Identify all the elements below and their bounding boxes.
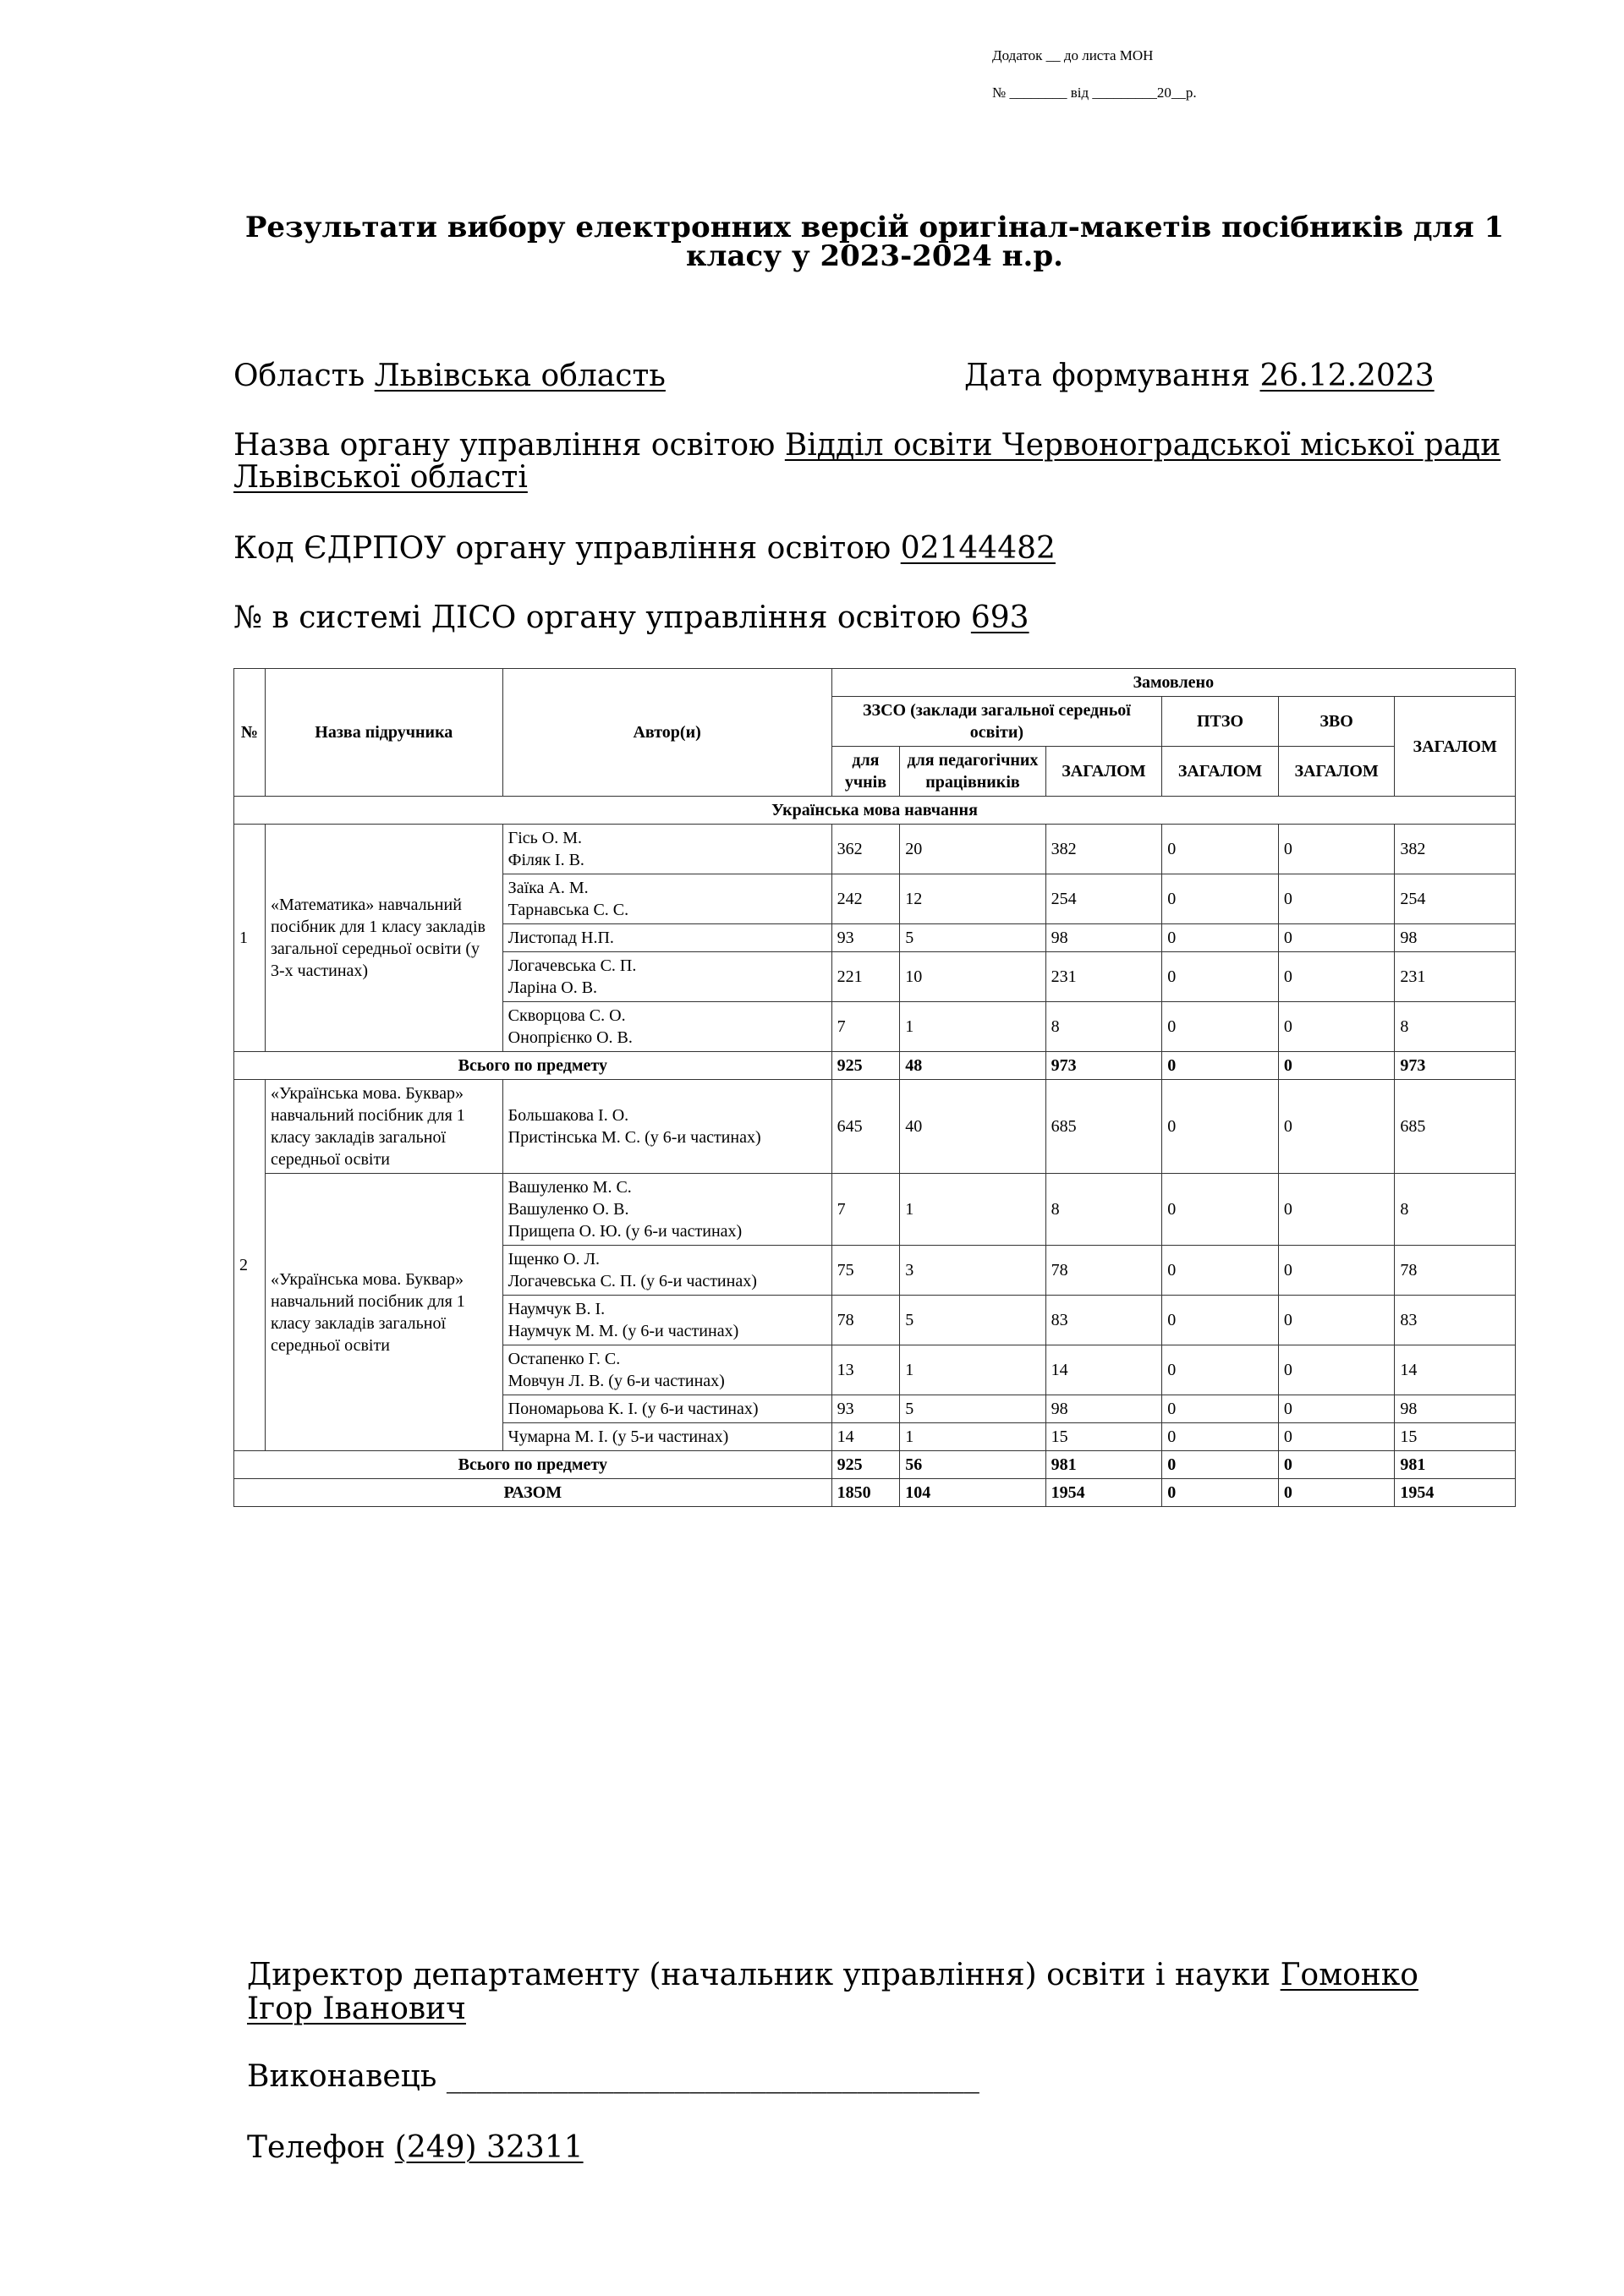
col-header-ptzo: ПТЗО <box>1162 697 1279 747</box>
diso-value: 693 <box>971 600 1029 635</box>
authors-cell: Листопад Н.П. <box>502 924 831 952</box>
results-table: № Назва підручника Автор(и) Замовлено ЗЗ… <box>233 668 1516 1507</box>
value-teachers: 1 <box>900 1345 1045 1395</box>
subject-number: 2 <box>234 1080 266 1451</box>
value-ptzo: 0 <box>1162 924 1279 952</box>
subtotal-zzso-total: 973 <box>1045 1052 1162 1080</box>
language-section-label: Українська мова навчання <box>234 797 1516 825</box>
value-ptzo: 0 <box>1162 1296 1279 1345</box>
executor-line: Виконавець _____________________________… <box>247 2060 979 2094</box>
director-label: Директор департаменту (начальник управлі… <box>247 1958 1270 1992</box>
value-zzso-total: 98 <box>1045 1395 1162 1423</box>
value-teachers: 40 <box>900 1080 1045 1174</box>
value-total: 231 <box>1395 952 1516 1002</box>
phone-value: (249) 32311 <box>395 2130 584 2165</box>
value-students: 93 <box>831 1395 900 1423</box>
value-total: 98 <box>1395 924 1516 952</box>
org-line: Назва органу управління освітою Відділ о… <box>233 430 1519 494</box>
authors-cell: Остапенко Г. С.Мовчун Л. В. (у 6-и части… <box>502 1345 831 1395</box>
value-total: 382 <box>1395 825 1516 874</box>
col-header-zzso: ЗЗСО (заклади загальної середньої освіти… <box>831 697 1162 747</box>
value-students: 221 <box>831 952 900 1002</box>
value-zzso-total: 15 <box>1045 1423 1162 1451</box>
col-header-for-students: для учнів <box>831 747 900 797</box>
col-header-for-teachers: для педагогічних працівників <box>900 747 1045 797</box>
grand-total-zzso-total: 1954 <box>1045 1479 1162 1507</box>
col-header-ordered: Замовлено <box>831 669 1515 697</box>
value-zvo: 0 <box>1278 1296 1395 1345</box>
diso-label: № в системі ДІСО органу управління освіт… <box>233 600 961 635</box>
oblast-value: Львівська область <box>375 359 666 393</box>
col-header-zvo: ЗВО <box>1278 697 1395 747</box>
value-total: 8 <box>1395 1174 1516 1246</box>
value-teachers: 5 <box>900 1395 1045 1423</box>
subtotal-teachers: 56 <box>900 1451 1045 1479</box>
subtotal-zvo: 0 <box>1278 1052 1395 1080</box>
value-total: 98 <box>1395 1395 1516 1423</box>
value-zvo: 0 <box>1278 1174 1395 1246</box>
col-header-authors: Автор(и) <box>502 669 831 797</box>
value-teachers: 10 <box>900 952 1045 1002</box>
appendix-line-1: Додаток __ до листа МОН <box>992 37 1197 74</box>
document-title: Результати вибору електронних версій ори… <box>233 213 1516 271</box>
subtotal-zzso-total: 981 <box>1045 1451 1162 1479</box>
value-students: 362 <box>831 825 900 874</box>
executor-blank: ___________________________________ <box>447 2059 979 2094</box>
executor-label: Виконавець <box>247 2059 436 2094</box>
authors-cell: Гісь О. М.Філяк І. В. <box>502 825 831 874</box>
value-total: 8 <box>1395 1002 1516 1052</box>
subtotal-students: 925 <box>831 1052 900 1080</box>
value-students: 13 <box>831 1345 900 1395</box>
value-total: 685 <box>1395 1080 1516 1174</box>
value-students: 242 <box>831 874 900 924</box>
value-zzso-total: 78 <box>1045 1246 1162 1296</box>
language-section-row: Українська мова навчання <box>234 797 1516 825</box>
value-zzso-total: 685 <box>1045 1080 1162 1174</box>
value-ptzo: 0 <box>1162 874 1279 924</box>
subtotal-label: Всього по предмету <box>234 1451 832 1479</box>
value-ptzo: 0 <box>1162 1080 1279 1174</box>
value-ptzo: 0 <box>1162 1002 1279 1052</box>
phone-line: Телефон (249) 32311 <box>247 2131 584 2165</box>
value-teachers: 1 <box>900 1174 1045 1246</box>
value-students: 14 <box>831 1423 900 1451</box>
table-row: 1«Математика» навчальний посібник для 1 … <box>234 825 1516 874</box>
edrpou-value: 02144482 <box>901 531 1056 566</box>
value-ptzo: 0 <box>1162 1345 1279 1395</box>
value-teachers: 20 <box>900 825 1045 874</box>
value-teachers: 5 <box>900 924 1045 952</box>
authors-cell: Скворцова С. О.Онопрієнко О. В. <box>502 1002 831 1052</box>
authors-cell: Логачевська С. П.Ларіна О. В. <box>502 952 831 1002</box>
value-students: 93 <box>831 924 900 952</box>
edrpou-line: Код ЄДРПОУ органу управління освітою 021… <box>233 533 1056 565</box>
value-total: 83 <box>1395 1296 1516 1345</box>
authors-cell: Іщенко О. Л.Логачевська С. П. (у 6-и час… <box>502 1246 831 1296</box>
value-zvo: 0 <box>1278 952 1395 1002</box>
grand-total-zvo: 0 <box>1278 1479 1395 1507</box>
col-header-ptzo-total: ЗАГАЛОМ <box>1162 747 1279 797</box>
subtotal-total: 981 <box>1395 1451 1516 1479</box>
edrpou-label: Код ЄДРПОУ органу управління освітою <box>233 531 891 566</box>
authors-cell: Пономарьова К. І. (у 6-и частинах) <box>502 1395 831 1423</box>
director-line: Директор департаменту (начальник управлі… <box>247 1959 1431 2026</box>
subject-number: 1 <box>234 825 266 1052</box>
value-zzso-total: 231 <box>1045 952 1162 1002</box>
date-value: 26.12.2023 <box>1260 359 1435 393</box>
subtotal-row: Всього по предмету9254897300973 <box>234 1052 1516 1080</box>
col-header-zzso-total: ЗАГАЛОМ <box>1045 747 1162 797</box>
value-zvo: 0 <box>1278 825 1395 874</box>
value-teachers: 3 <box>900 1246 1045 1296</box>
value-zvo: 0 <box>1278 1246 1395 1296</box>
grand-total-label: РАЗОМ <box>234 1479 832 1507</box>
table-body: Українська мова навчання 1«Математика» н… <box>234 797 1516 1507</box>
value-teachers: 1 <box>900 1423 1045 1451</box>
authors-cell: Вашуленко М. С.Вашуленко О. В.Прищепа О.… <box>502 1174 831 1246</box>
subtotal-ptzo: 0 <box>1162 1451 1279 1479</box>
value-ptzo: 0 <box>1162 1174 1279 1246</box>
date-label: Дата формування <box>964 359 1250 393</box>
grand-total-teachers: 104 <box>900 1479 1045 1507</box>
value-total: 78 <box>1395 1246 1516 1296</box>
value-total: 254 <box>1395 874 1516 924</box>
value-ptzo: 0 <box>1162 1246 1279 1296</box>
authors-cell: Наумчук В. І.Наумчук М. М. (у 6-и частин… <box>502 1296 831 1345</box>
oblast-label: Область <box>233 359 365 393</box>
value-teachers: 5 <box>900 1296 1045 1345</box>
phone-label: Телефон <box>247 2130 385 2165</box>
subtotal-total: 973 <box>1395 1052 1516 1080</box>
value-ptzo: 0 <box>1162 952 1279 1002</box>
subtotal-ptzo: 0 <box>1162 1052 1279 1080</box>
value-ptzo: 0 <box>1162 1423 1279 1451</box>
col-header-total: ЗАГАЛОМ <box>1395 697 1516 797</box>
col-header-zvo-total: ЗАГАЛОМ <box>1278 747 1395 797</box>
authors-cell: Большакова І. О.Пристінська М. С. (у 6-и… <box>502 1080 831 1174</box>
value-zvo: 0 <box>1278 924 1395 952</box>
value-students: 75 <box>831 1246 900 1296</box>
value-zvo: 0 <box>1278 874 1395 924</box>
grand-total-students: 1850 <box>831 1479 900 1507</box>
col-header-name: Назва підручника <box>265 669 502 797</box>
table-row: «Українська мова. Буквар» навчальний пос… <box>234 1174 1516 1246</box>
value-total: 14 <box>1395 1345 1516 1395</box>
textbook-name: «Українська мова. Буквар» навчальний пос… <box>265 1174 502 1451</box>
value-zzso-total: 83 <box>1045 1296 1162 1345</box>
subtotal-row: Всього по предмету9255698100981 <box>234 1451 1516 1479</box>
value-zzso-total: 98 <box>1045 924 1162 952</box>
value-ptzo: 0 <box>1162 825 1279 874</box>
subtotal-students: 925 <box>831 1451 900 1479</box>
appendix-note: Додаток __ до листа МОН № ________ від _… <box>992 37 1197 112</box>
value-ptzo: 0 <box>1162 1395 1279 1423</box>
value-zvo: 0 <box>1278 1345 1395 1395</box>
grand-total-total: 1954 <box>1395 1479 1516 1507</box>
value-zzso-total: 8 <box>1045 1002 1162 1052</box>
oblast-line: Область Львівська область <box>233 360 666 392</box>
table-row: 2«Українська мова. Буквар» навчальний по… <box>234 1080 1516 1174</box>
value-zvo: 0 <box>1278 1395 1395 1423</box>
date-line: Дата формування 26.12.2023 <box>964 360 1435 392</box>
diso-line: № в системі ДІСО органу управління освіт… <box>233 602 1029 634</box>
value-zvo: 0 <box>1278 1002 1395 1052</box>
value-zzso-total: 254 <box>1045 874 1162 924</box>
value-zzso-total: 382 <box>1045 825 1162 874</box>
value-zzso-total: 14 <box>1045 1345 1162 1395</box>
subtotal-teachers: 48 <box>900 1052 1045 1080</box>
appendix-line-2: № ________ від _________20__р. <box>992 74 1197 112</box>
value-zvo: 0 <box>1278 1423 1395 1451</box>
value-students: 7 <box>831 1002 900 1052</box>
value-zzso-total: 8 <box>1045 1174 1162 1246</box>
grand-total-ptzo: 0 <box>1162 1479 1279 1507</box>
value-zvo: 0 <box>1278 1080 1395 1174</box>
value-students: 7 <box>831 1174 900 1246</box>
subtotal-zvo: 0 <box>1278 1451 1395 1479</box>
subtotal-label: Всього по предмету <box>234 1052 832 1080</box>
authors-cell: Чумарна М. І. (у 5-и частинах) <box>502 1423 831 1451</box>
value-teachers: 12 <box>900 874 1045 924</box>
value-teachers: 1 <box>900 1002 1045 1052</box>
col-header-no: № <box>234 669 266 797</box>
grand-total-row: РАЗОМ18501041954001954 <box>234 1479 1516 1507</box>
value-total: 15 <box>1395 1423 1516 1451</box>
textbook-name: «Математика» навчальний посібник для 1 к… <box>265 825 502 1052</box>
authors-cell: Заїка А. М.Тарнавська С. С. <box>502 874 831 924</box>
value-students: 78 <box>831 1296 900 1345</box>
org-label: Назва органу управління освітою <box>233 428 775 463</box>
value-students: 645 <box>831 1080 900 1174</box>
textbook-name: «Українська мова. Буквар» навчальний пос… <box>265 1080 502 1174</box>
